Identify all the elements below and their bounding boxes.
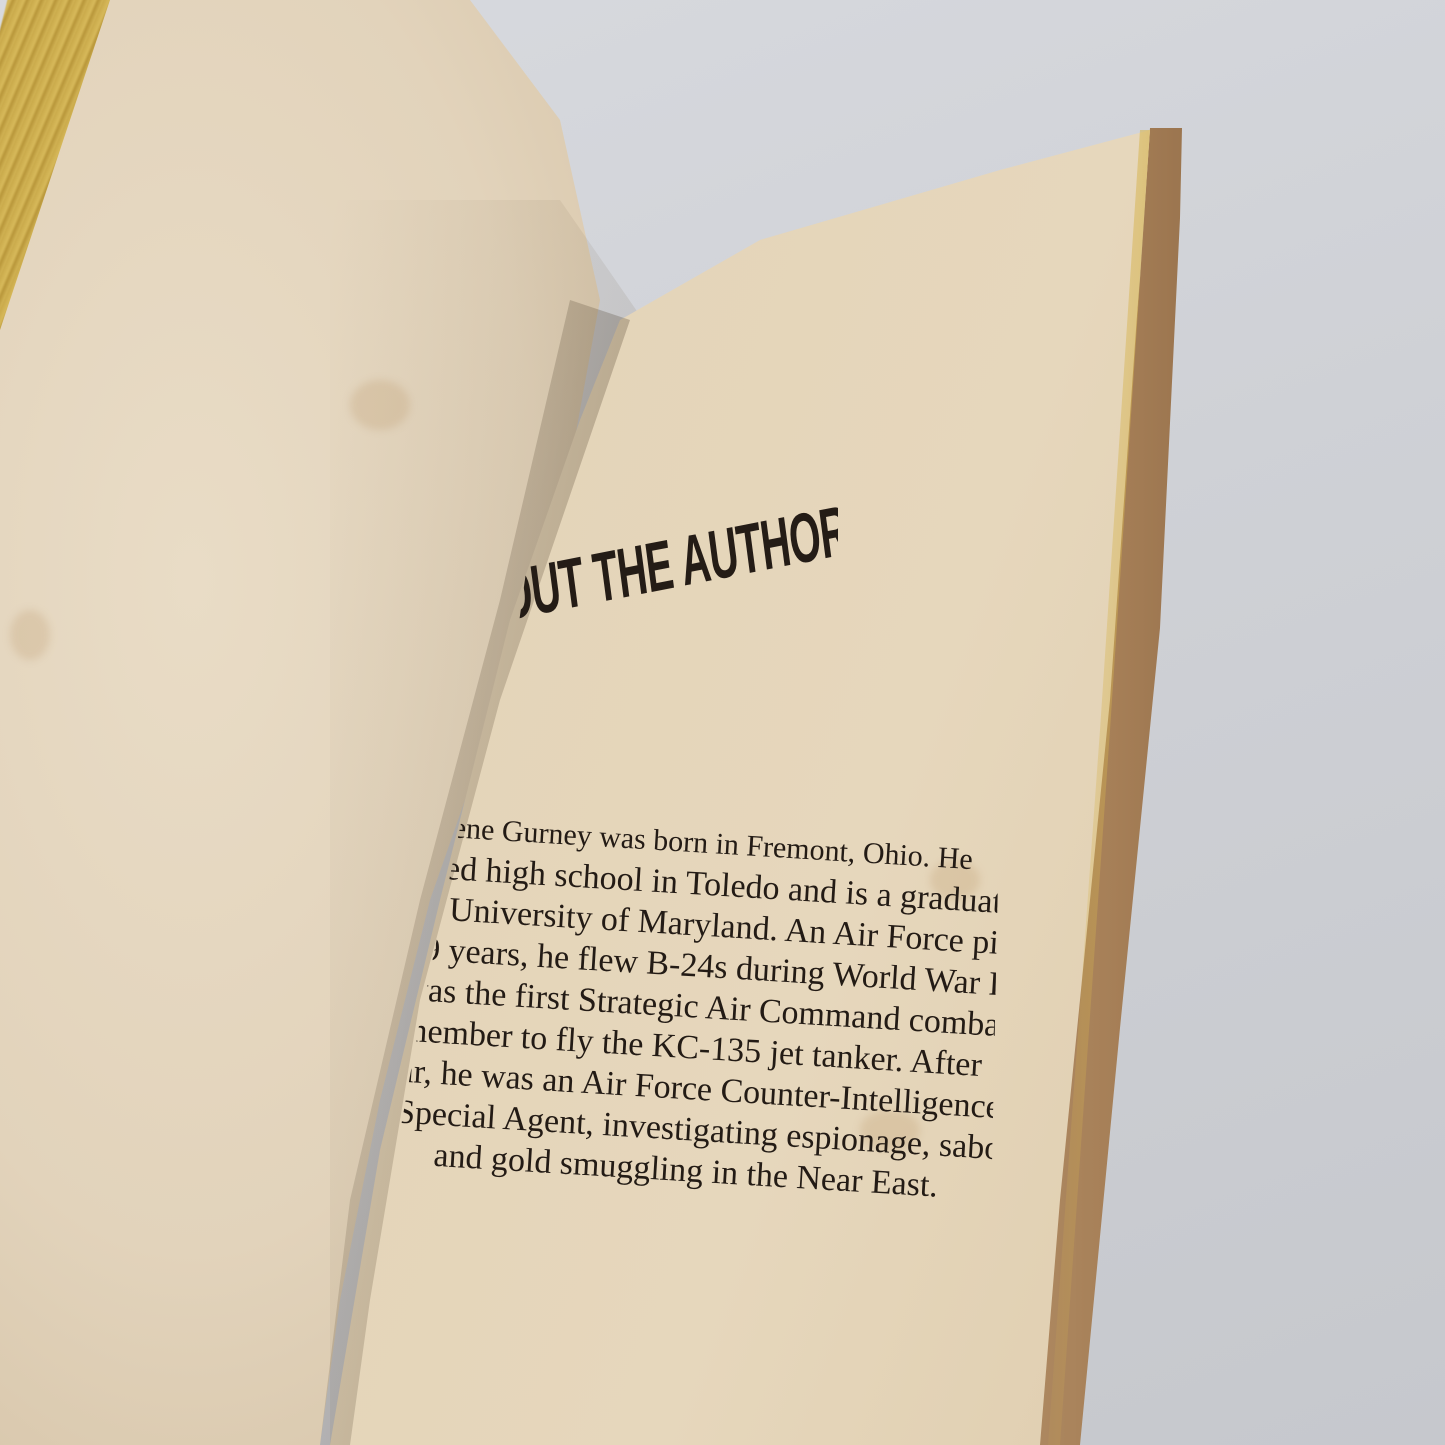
heading-region: BOUT THE AUTHOR xyxy=(518,470,838,630)
page-heading: BOUT THE AUTHOR xyxy=(518,490,838,630)
foxing-spot xyxy=(350,380,410,430)
foxing-spot xyxy=(10,610,50,660)
author-bio: ene Gurney was born in Fremont, Ohio. He… xyxy=(392,805,973,1207)
book-photo: BOUT THE AUTHOR ene Gurney was born in F… xyxy=(0,0,1445,1445)
